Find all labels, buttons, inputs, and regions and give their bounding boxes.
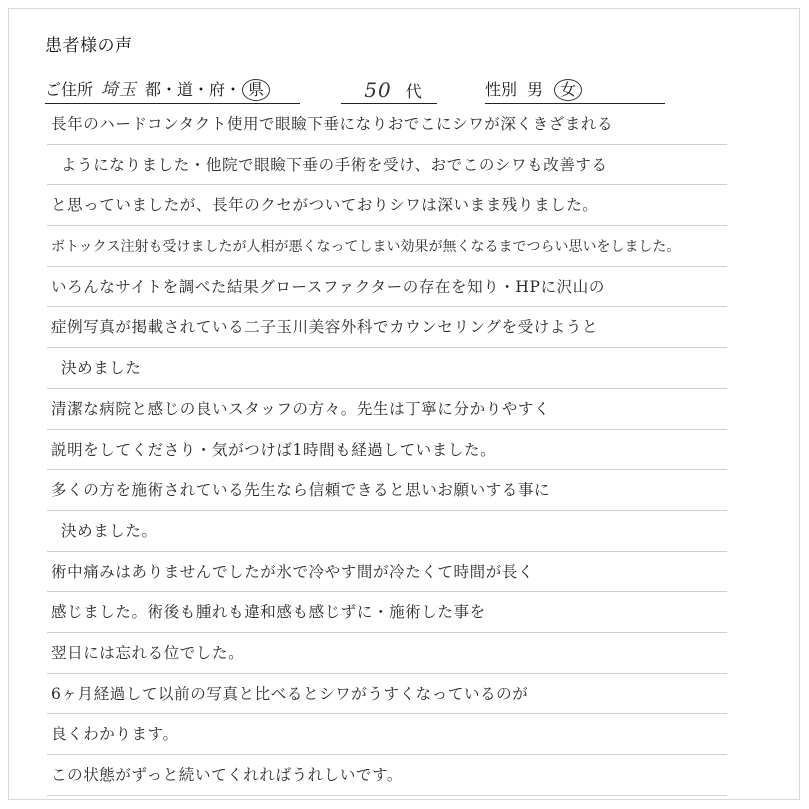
body-line: 6ヶ月経過して以前の写真と比べるとシワがうすくなっているのが: [47, 674, 727, 715]
prefecture-selected: 県: [242, 79, 270, 101]
body-line: と思っていましたが、長年のクセがついておりシワは深いまま残りました。: [47, 185, 727, 226]
age-suffix: 代: [406, 82, 422, 101]
gender-selected: 女: [554, 79, 582, 101]
body-line: 長年のハードコンタクト使用で眼瞼下垂になりおでこにシワが深くきざまれる: [47, 104, 727, 145]
body-line: この状態がずっと続いてくれればうれしいです。: [47, 755, 727, 796]
body-line: 決めました: [47, 348, 727, 389]
body-line: 多くの方を施術されている先生なら信頼できると思いお願いする事に: [47, 470, 727, 511]
body-line: 症例写真が掲載されている二子玉川美容外科でカウンセリングを受けようと: [47, 307, 727, 348]
handwritten-body: 長年のハードコンタクト使用で眼瞼下垂になりおでこにシワが深くきざまれる ようにな…: [47, 104, 727, 796]
body-line: 清潔な病院と感じの良いスタッフの方々。先生は丁寧に分かりやすく: [47, 389, 727, 430]
age-value: 50: [364, 78, 391, 102]
gender-male: 男: [527, 80, 543, 99]
gender-field: 性別男女: [485, 79, 665, 104]
body-line: 感じました。術後も腫れも違和感も感じずに・施術した事を: [47, 592, 727, 633]
prefecture-options: 都・道・府・: [145, 80, 241, 99]
page-title: 患者様の声: [45, 31, 133, 56]
age-field: 50代: [341, 79, 437, 104]
address-field: ご住所埼玉都・道・府・県: [45, 79, 300, 104]
address-label: ご住所: [45, 80, 93, 99]
body-line: ボトックス注射も受けましたが人相が悪くなってしまい効果が無くなるまでつらい思いを…: [47, 226, 727, 267]
body-line: 術中痛みはありませんでしたが氷で冷やす間が冷たくて時間が長く: [47, 552, 727, 593]
testimonial-sheet: 患者様の声 ご住所埼玉都・道・府・県 50代 性別男女 長年のハードコンタクト使…: [8, 8, 800, 800]
body-line: 翌日には忘れる位でした。: [47, 633, 727, 674]
form-header: ご住所埼玉都・道・府・県 50代 性別男女: [45, 79, 745, 105]
body-line: ようになりました・他院で眼瞼下垂の手術を受け、おでこのシワも改善する: [47, 145, 727, 186]
body-line: 説明をしてくださり・気がつけば1時間も経過していました。: [47, 430, 727, 471]
body-line: 決めました。: [47, 511, 727, 552]
body-line: いろんなサイトを調べた結果グロースファクターの存在を知り・HPに沢山の: [47, 267, 727, 308]
gender-label: 性別: [485, 80, 517, 99]
body-line: 良くわかります。: [47, 714, 727, 755]
address-value: 埼玉: [101, 80, 137, 100]
